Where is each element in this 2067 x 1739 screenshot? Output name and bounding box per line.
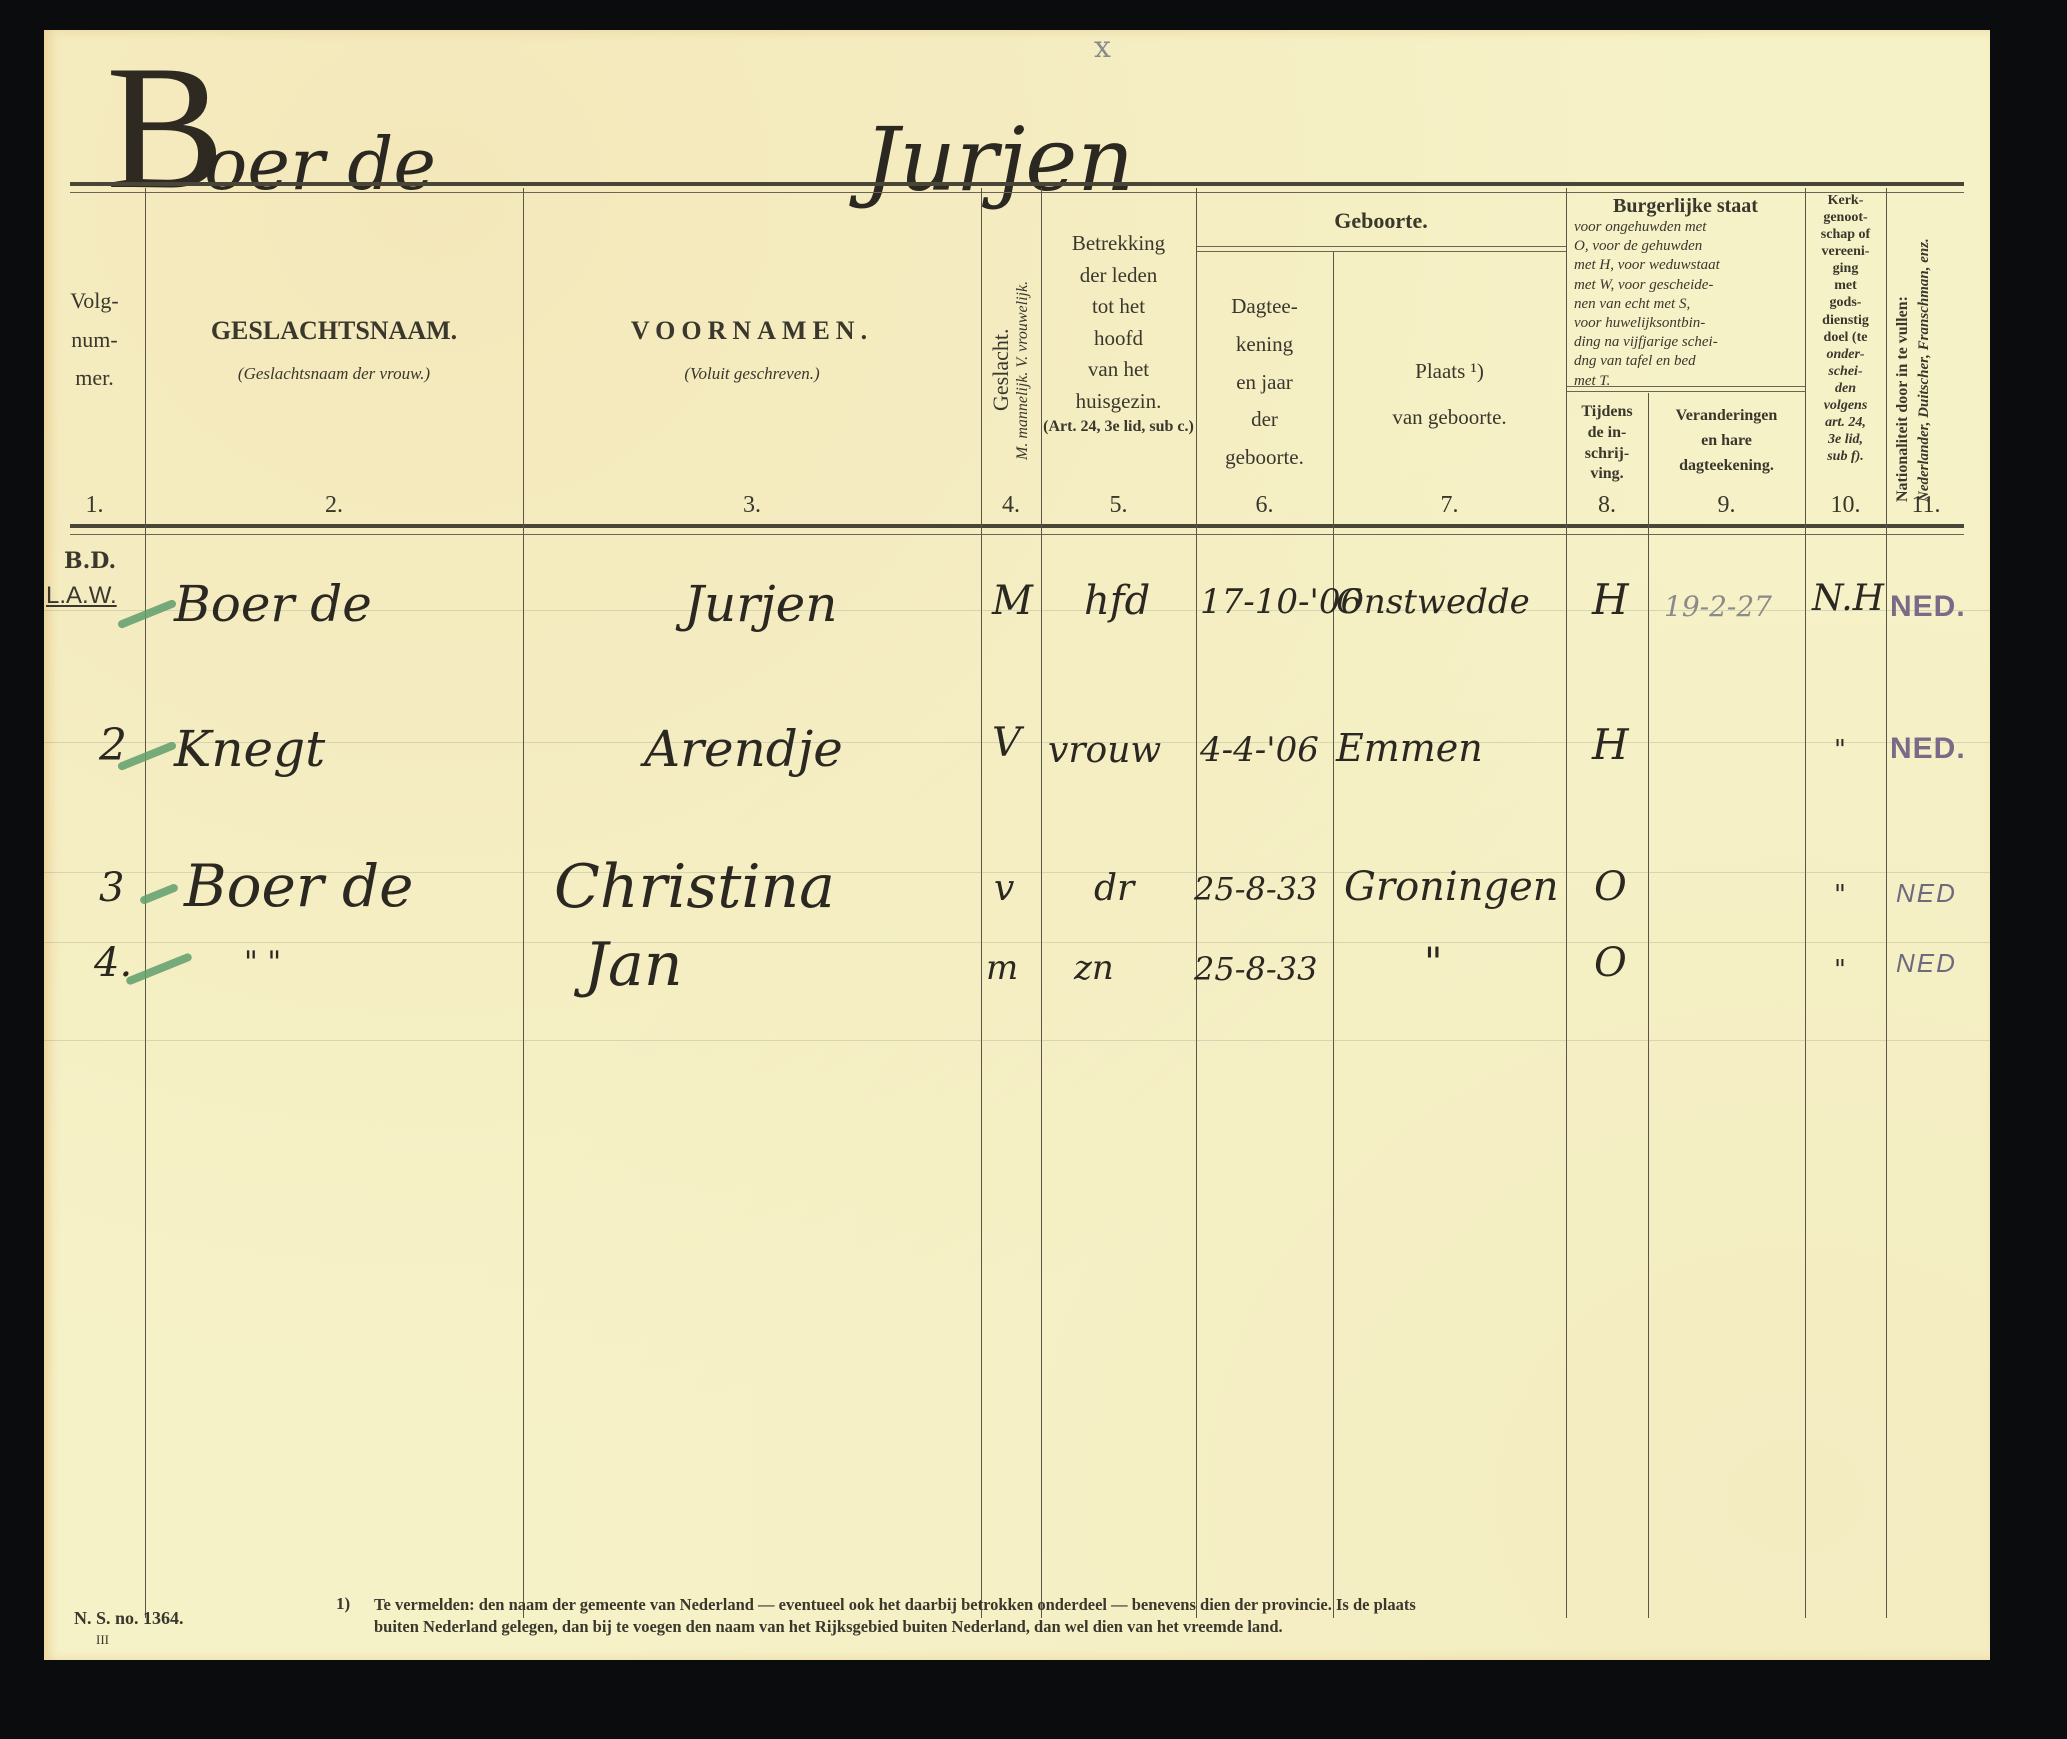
- hdr-veranderingen: Veranderingen en hare dagteekening.: [1648, 404, 1805, 478]
- hdr-text: Veranderingen: [1648, 404, 1805, 429]
- footnote-line: buiten Nederland gelegen, dan bij te voe…: [374, 1616, 1874, 1638]
- col-number: 7.: [1333, 492, 1566, 519]
- hdr-text: gods-: [1805, 294, 1886, 311]
- cell-firstnames: Christina: [554, 852, 835, 922]
- hdr-subtitle: (Geslachtsnaam der vrouw.): [145, 364, 523, 384]
- cell-firstnames: Jurjen: [684, 575, 837, 633]
- hdr-title: VOORNAMEN.: [523, 316, 981, 346]
- footnote-marker: 1): [336, 1594, 350, 1614]
- header-bottom-rule: [70, 524, 1964, 535]
- cell-birthdate: 25-8-33: [1194, 870, 1317, 908]
- hdr-text: ving.: [1566, 464, 1648, 485]
- hdr-plaats: Plaats ¹) van geboorte.: [1333, 348, 1566, 440]
- hdr-tijdens: Tijdens de in- schrij- ving.: [1566, 402, 1648, 485]
- cell-church: N.H: [1812, 578, 1884, 619]
- cell-birthdate: 4-4-'06: [1200, 730, 1319, 770]
- cell-surname: Knegt: [174, 720, 325, 778]
- hdr-text: ging: [1805, 260, 1886, 277]
- cell-civil-status: O: [1594, 864, 1627, 910]
- hdr-text: schap of: [1805, 226, 1886, 243]
- hdr-subtitle: (Voluit geschreven.): [523, 364, 981, 384]
- hdr-text: O, voor de gehuwden: [1574, 237, 1797, 256]
- cell-firstnames: Jan: [584, 930, 682, 1000]
- hdr-text: geboorte.: [1196, 439, 1333, 477]
- hdr-text: Tijdens: [1566, 402, 1648, 423]
- cell-firstnames: Arendje: [644, 720, 843, 778]
- register-card: B oer de Jurjen x Volg- num- mer. GESLAC…: [44, 30, 1990, 1660]
- col-divider: [981, 188, 982, 1618]
- col-divider: [523, 188, 524, 1618]
- hdr-text: met W, voor gescheide-: [1574, 276, 1797, 295]
- hdr-text: voor huwelijksontbin-: [1574, 314, 1797, 333]
- hdr-text: dng van tafel en bed: [1574, 352, 1797, 371]
- footnote-line: Te vermelden: den naam der gemeente van …: [374, 1594, 1874, 1616]
- cell-surname-ditto: " ": [244, 945, 281, 980]
- cell-civil-status: H: [1592, 720, 1629, 769]
- hdr-title: GESLACHTSNAAM.: [145, 316, 523, 346]
- hdr-text: art. 24,: [1805, 414, 1886, 431]
- row-annotation: B.D.: [64, 548, 116, 574]
- check-mark-icon: [125, 952, 193, 986]
- cell-birthplace: Onstwedde: [1336, 582, 1530, 622]
- title-firstname: Jurjen: [864, 108, 1134, 211]
- cell-nationality: NED: [1896, 878, 1957, 909]
- hdr-text: dienstig: [1805, 312, 1886, 329]
- footnote: Te vermelden: den naam der gemeente van …: [374, 1594, 1874, 1639]
- hdr-text: van geboorte.: [1333, 394, 1566, 440]
- cell-birthplace-ditto: ": [1424, 940, 1442, 986]
- hdr-text: en hare: [1648, 429, 1805, 454]
- cell-changes: 19-2-27: [1664, 590, 1772, 623]
- title-surname: oer de: [204, 122, 436, 206]
- cell-birthdate: 25-8-33: [1194, 950, 1317, 988]
- col-number: 3.: [523, 492, 981, 519]
- hdr-text: huisgezin.: [1041, 386, 1196, 418]
- hdr-text: schrij-: [1566, 444, 1648, 465]
- hdr-text: van het: [1041, 354, 1196, 386]
- cell-relation: zn: [1074, 948, 1114, 988]
- hdr-volgnummer: Volg- num- mer.: [44, 282, 145, 398]
- col-number: 10.: [1805, 492, 1886, 519]
- hdr-text: onder-: [1805, 346, 1886, 363]
- hdr-text: Dagtee-: [1196, 288, 1333, 326]
- ruled-line: [44, 942, 1990, 943]
- cell-church: ": [1834, 735, 1846, 765]
- cell-surname: Boer de: [184, 852, 413, 920]
- cell-civil-status: H: [1592, 575, 1629, 624]
- col-divider: [1333, 252, 1334, 1618]
- col-number: 1.: [44, 492, 145, 519]
- cell-church: ": [1834, 880, 1846, 910]
- hdr-text: hoofd: [1041, 323, 1196, 355]
- hdr-note: (Art. 24, 3e lid, sub c.): [1041, 417, 1196, 437]
- hdr-betrekking: Betrekking der leden tot het hoofd van h…: [1041, 228, 1196, 437]
- ruled-line: [44, 1040, 1990, 1041]
- check-mark-icon: [117, 599, 177, 630]
- hdr-text: der: [1196, 401, 1333, 439]
- col-number: 9.: [1648, 492, 1805, 519]
- hdr-text: met H, voor weduwstaat: [1574, 256, 1797, 275]
- cell-number: 3: [99, 865, 124, 911]
- hdr-text: voor ongehuwden met: [1574, 218, 1797, 237]
- cell-relation: dr: [1094, 868, 1134, 909]
- hdr-text: met: [1805, 277, 1886, 294]
- hdr-voornamen: VOORNAMEN. (Voluit geschreven.): [523, 316, 981, 384]
- cell-church: ": [1834, 955, 1846, 985]
- cell-civil-status: O: [1594, 940, 1627, 986]
- hdr-geslachtsnaam: GESLACHTSNAAM. (Geslachtsnaam der vrouw.…: [145, 316, 523, 384]
- hdr-text: Betrekking: [1041, 228, 1196, 260]
- cell-nationality: NED: [1896, 948, 1957, 979]
- hdr-text: Plaats ¹): [1333, 348, 1566, 394]
- col-number: 11.: [1886, 492, 1966, 519]
- hdr-text: volgens: [1805, 397, 1886, 414]
- geboorte-subrule: [1197, 246, 1566, 247]
- hdr-text: ding na vijfjarige schei-: [1574, 333, 1797, 352]
- hdr-kerkgenootschap: Kerk- genoot- schap of vereeni- ging met…: [1805, 192, 1886, 465]
- col-divider: [1886, 188, 1887, 1618]
- hdr-text: vereeni-: [1805, 243, 1886, 260]
- hdr-text: kening: [1196, 326, 1333, 364]
- hdr-nationaliteit-sub: Nederlander, Duitscher, Franschman, enz.: [1916, 192, 1952, 502]
- hdr-nationaliteit: Nationaliteit door in te vullen:: [1894, 192, 1912, 502]
- form-number: N. S. no. 1364.: [74, 1608, 184, 1629]
- hdr-text: sub f).: [1805, 448, 1886, 465]
- geboorte-subrule-2: [1197, 251, 1566, 252]
- cell-birthplace: Emmen: [1336, 726, 1483, 770]
- hdr-burgerlijke-text: voor ongehuwden met O, voor de gehuwden …: [1566, 218, 1805, 391]
- form-series: III: [96, 1632, 109, 1648]
- cell-sex: V: [992, 720, 1021, 766]
- cell-nationality-stamp: NED.: [1890, 590, 1966, 624]
- col-number: 4.: [981, 492, 1041, 519]
- cell-sex: m: [986, 948, 1018, 988]
- cell-relation: vrouw: [1048, 730, 1161, 771]
- hdr-geboorte-group: Geboorte.: [1196, 208, 1566, 234]
- cell-sex: v: [994, 868, 1014, 909]
- hdr-text: num-: [44, 321, 145, 360]
- col-number: 2.: [145, 492, 523, 519]
- hdr-dagteekening: Dagtee- kening en jaar der geboorte.: [1196, 288, 1333, 477]
- hdr-text: dagteekening.: [1648, 454, 1805, 479]
- hdr-text: en jaar: [1196, 364, 1333, 402]
- col-number: 5.: [1041, 492, 1196, 519]
- hdr-text: Kerk-: [1805, 192, 1886, 209]
- hdr-text: den: [1805, 380, 1886, 397]
- hdr-text: Volg-: [44, 282, 145, 321]
- col-number: 6.: [1196, 492, 1333, 519]
- hdr-text: de in-: [1566, 423, 1648, 444]
- hdr-text: 3e lid,: [1805, 431, 1886, 448]
- hdr-text: mer.: [44, 359, 145, 398]
- cell-sex: M: [992, 578, 1033, 624]
- row-annotation: L.A.W.: [46, 582, 117, 610]
- cell-relation: hfd: [1084, 578, 1150, 624]
- cell-nationality-stamp: NED.: [1890, 732, 1966, 766]
- hdr-text: met T.: [1574, 372, 1797, 391]
- burgerlijke-subrule-2: [1567, 391, 1805, 392]
- cell-surname: Boer de: [174, 575, 372, 633]
- hdr-text: genoot-: [1805, 209, 1886, 226]
- cell-birthplace: Groningen: [1344, 864, 1559, 910]
- hdr-geslacht-sub: M. mannelijk. V. vrouwelijk.: [1014, 225, 1032, 515]
- hdr-text: schei-: [1805, 363, 1886, 380]
- header-top-rule: [70, 182, 1964, 193]
- hdr-title: Burgerlijke staat: [1566, 195, 1805, 218]
- col-divider: [1648, 393, 1649, 1618]
- hdr-text: nen van echt met S,: [1574, 295, 1797, 314]
- corner-mark: x: [1094, 30, 1111, 65]
- hdr-text: doel (te: [1805, 329, 1886, 346]
- col-number: 8.: [1566, 492, 1648, 519]
- hdr-text: der leden: [1041, 260, 1196, 292]
- hdr-burgerlijke-group: Burgerlijke staat voor ongehuwden met O,…: [1566, 195, 1805, 391]
- hdr-geslacht: Geslacht.: [988, 225, 1014, 515]
- hdr-text: tot het: [1041, 291, 1196, 323]
